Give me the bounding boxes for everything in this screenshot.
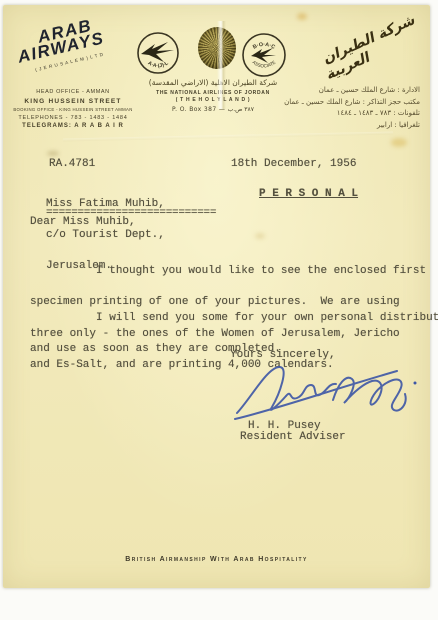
boac-badge-top-label: B·O·A·C bbox=[252, 42, 276, 51]
signer-title: Resident Adviser bbox=[240, 432, 346, 442]
arabic-booking-line: مكتب حجز التذاكر : شارع الملك حسين ـ عما… bbox=[244, 97, 420, 109]
address-block-english: HEAD OFFICE - AMMAN KING HUSSEIN STREET … bbox=[3, 89, 143, 132]
speedbird-icon bbox=[141, 42, 174, 62]
arabic-calligraphy-logo: شركة الطيران العربية bbox=[321, 19, 425, 83]
svg-text:A·A·(J)·L: A·A·(J)·L bbox=[147, 60, 171, 69]
aajl-speedbird-badge: A·A·(J)·L bbox=[136, 31, 180, 77]
handwritten-signature bbox=[229, 355, 427, 423]
paper-stain bbox=[47, 151, 59, 156]
street-line: KING HUSSEIN STREET bbox=[3, 98, 143, 105]
arabic-admin-line: الادارة : شارع الملك حسين ـ عمان bbox=[244, 85, 420, 97]
paper-crease-horizontal bbox=[63, 132, 393, 142]
svg-text:B·O·A·C: B·O·A·C bbox=[252, 42, 276, 51]
letter-date: 18th December, 1956 bbox=[231, 159, 356, 169]
paper-stain bbox=[297, 13, 307, 20]
address-block-arabic: الادارة : شارع الملك حسين ـ عمان مكتب حج… bbox=[244, 85, 420, 131]
paragraph-1-line: I thought you would like to see the encl… bbox=[30, 266, 426, 277]
signer-name: H. H. Pusey bbox=[248, 421, 321, 431]
booking-office-line: BOOKING OFFICE - KING HUSSEIN STREET AMM… bbox=[3, 107, 143, 112]
paragraph-2-line: I will send you some for your own person… bbox=[30, 313, 438, 324]
paper-stain bbox=[391, 138, 407, 147]
reference-number: RA.4781 bbox=[49, 159, 95, 169]
telegrams-line: TELEGRAMS: A R A B A I R bbox=[3, 123, 143, 129]
letter-page: ARAB AIRWAYS ( J E R U S A L E M ) L T D… bbox=[3, 5, 430, 588]
personal-stamp: P E R S O N A L bbox=[259, 189, 358, 199]
arabic-telephones-line: تلفونات : ٧٨٣ ـ ١٤٨٣ ـ ١٤٨٤ bbox=[244, 108, 420, 120]
footer-slogan: British Airmanship With Arab Hospitality bbox=[3, 556, 430, 563]
arabic-telegrams-line: تلغرافيا : ارابير bbox=[244, 120, 420, 132]
recipient-dept: c/o Tourist Dept., bbox=[46, 230, 165, 240]
head-office-line: HEAD OFFICE - AMMAN bbox=[3, 89, 143, 95]
arab-airways-logo: ARAB AIRWAYS ( J E R U S A L E M ) L T D bbox=[13, 16, 109, 81]
telephones-line: TELEPHONES - 783 - 1483 - 1484 bbox=[3, 115, 143, 121]
aajl-badge-label: A·A·(J)·L bbox=[147, 60, 171, 69]
boac-associate-badge: B·O·A·C ASSOCIATE bbox=[240, 30, 288, 80]
paper-stain bbox=[255, 233, 265, 239]
paper-crease-vertical bbox=[217, 21, 226, 109]
arabic-logo-text: شركة الطيران العربية bbox=[323, 10, 422, 84]
salutation: Dear Miss Muhib, bbox=[30, 217, 136, 227]
